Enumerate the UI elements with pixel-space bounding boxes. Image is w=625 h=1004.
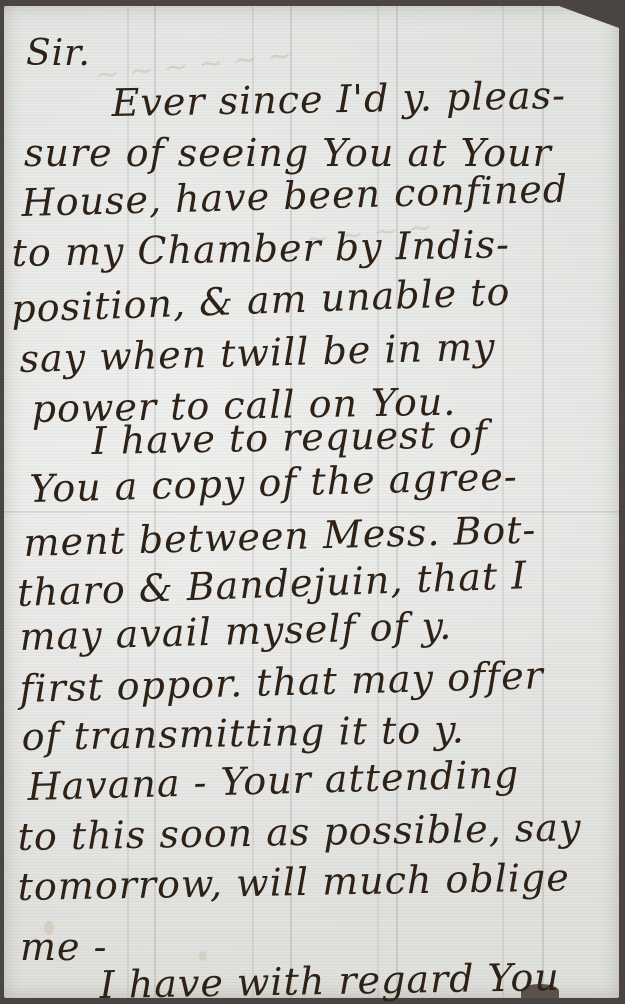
letter-line-2: sure of seeing You at Your — [24, 134, 552, 172]
letter-line-17: tomorrow, will much oblige — [17, 858, 570, 906]
letter-line-6: say when twill be in my — [19, 328, 496, 378]
letter-line-8: I have to request of — [91, 415, 488, 460]
salutation: Sir. — [26, 36, 91, 72]
torn-corner — [559, 6, 619, 28]
letter-line-9: You a copy of the agree- — [29, 457, 518, 508]
letter-page: ~ ~ ~ ~ ~ ~ ~ ~ ~ ~ Sir. Ever since I'd … — [4, 6, 619, 998]
letter-line-10: ment between Mess. Bot- — [23, 511, 537, 562]
paper-stain — [199, 951, 207, 961]
letter-line-15: Havana - Your attending — [27, 755, 520, 806]
letter-line-3: House, have been confined — [21, 170, 569, 222]
letter-line-13: first oppor. that may offer — [19, 656, 544, 708]
letter-line-14: of transmitting it to y. — [21, 710, 465, 756]
letter-closing: I have with regard You — [99, 958, 560, 1004]
letter-line-1: Ever since I'd y. pleas- — [111, 76, 566, 122]
letter-line-5: position, & am unable to — [11, 273, 511, 328]
letter-line-18: me - — [20, 928, 107, 966]
letter-line-12: may avail myself of y. — [19, 607, 453, 656]
letter-line-16: to this soon as possible, say — [17, 808, 581, 856]
letter-line-4: to my Chamber by Indis- — [11, 225, 510, 272]
